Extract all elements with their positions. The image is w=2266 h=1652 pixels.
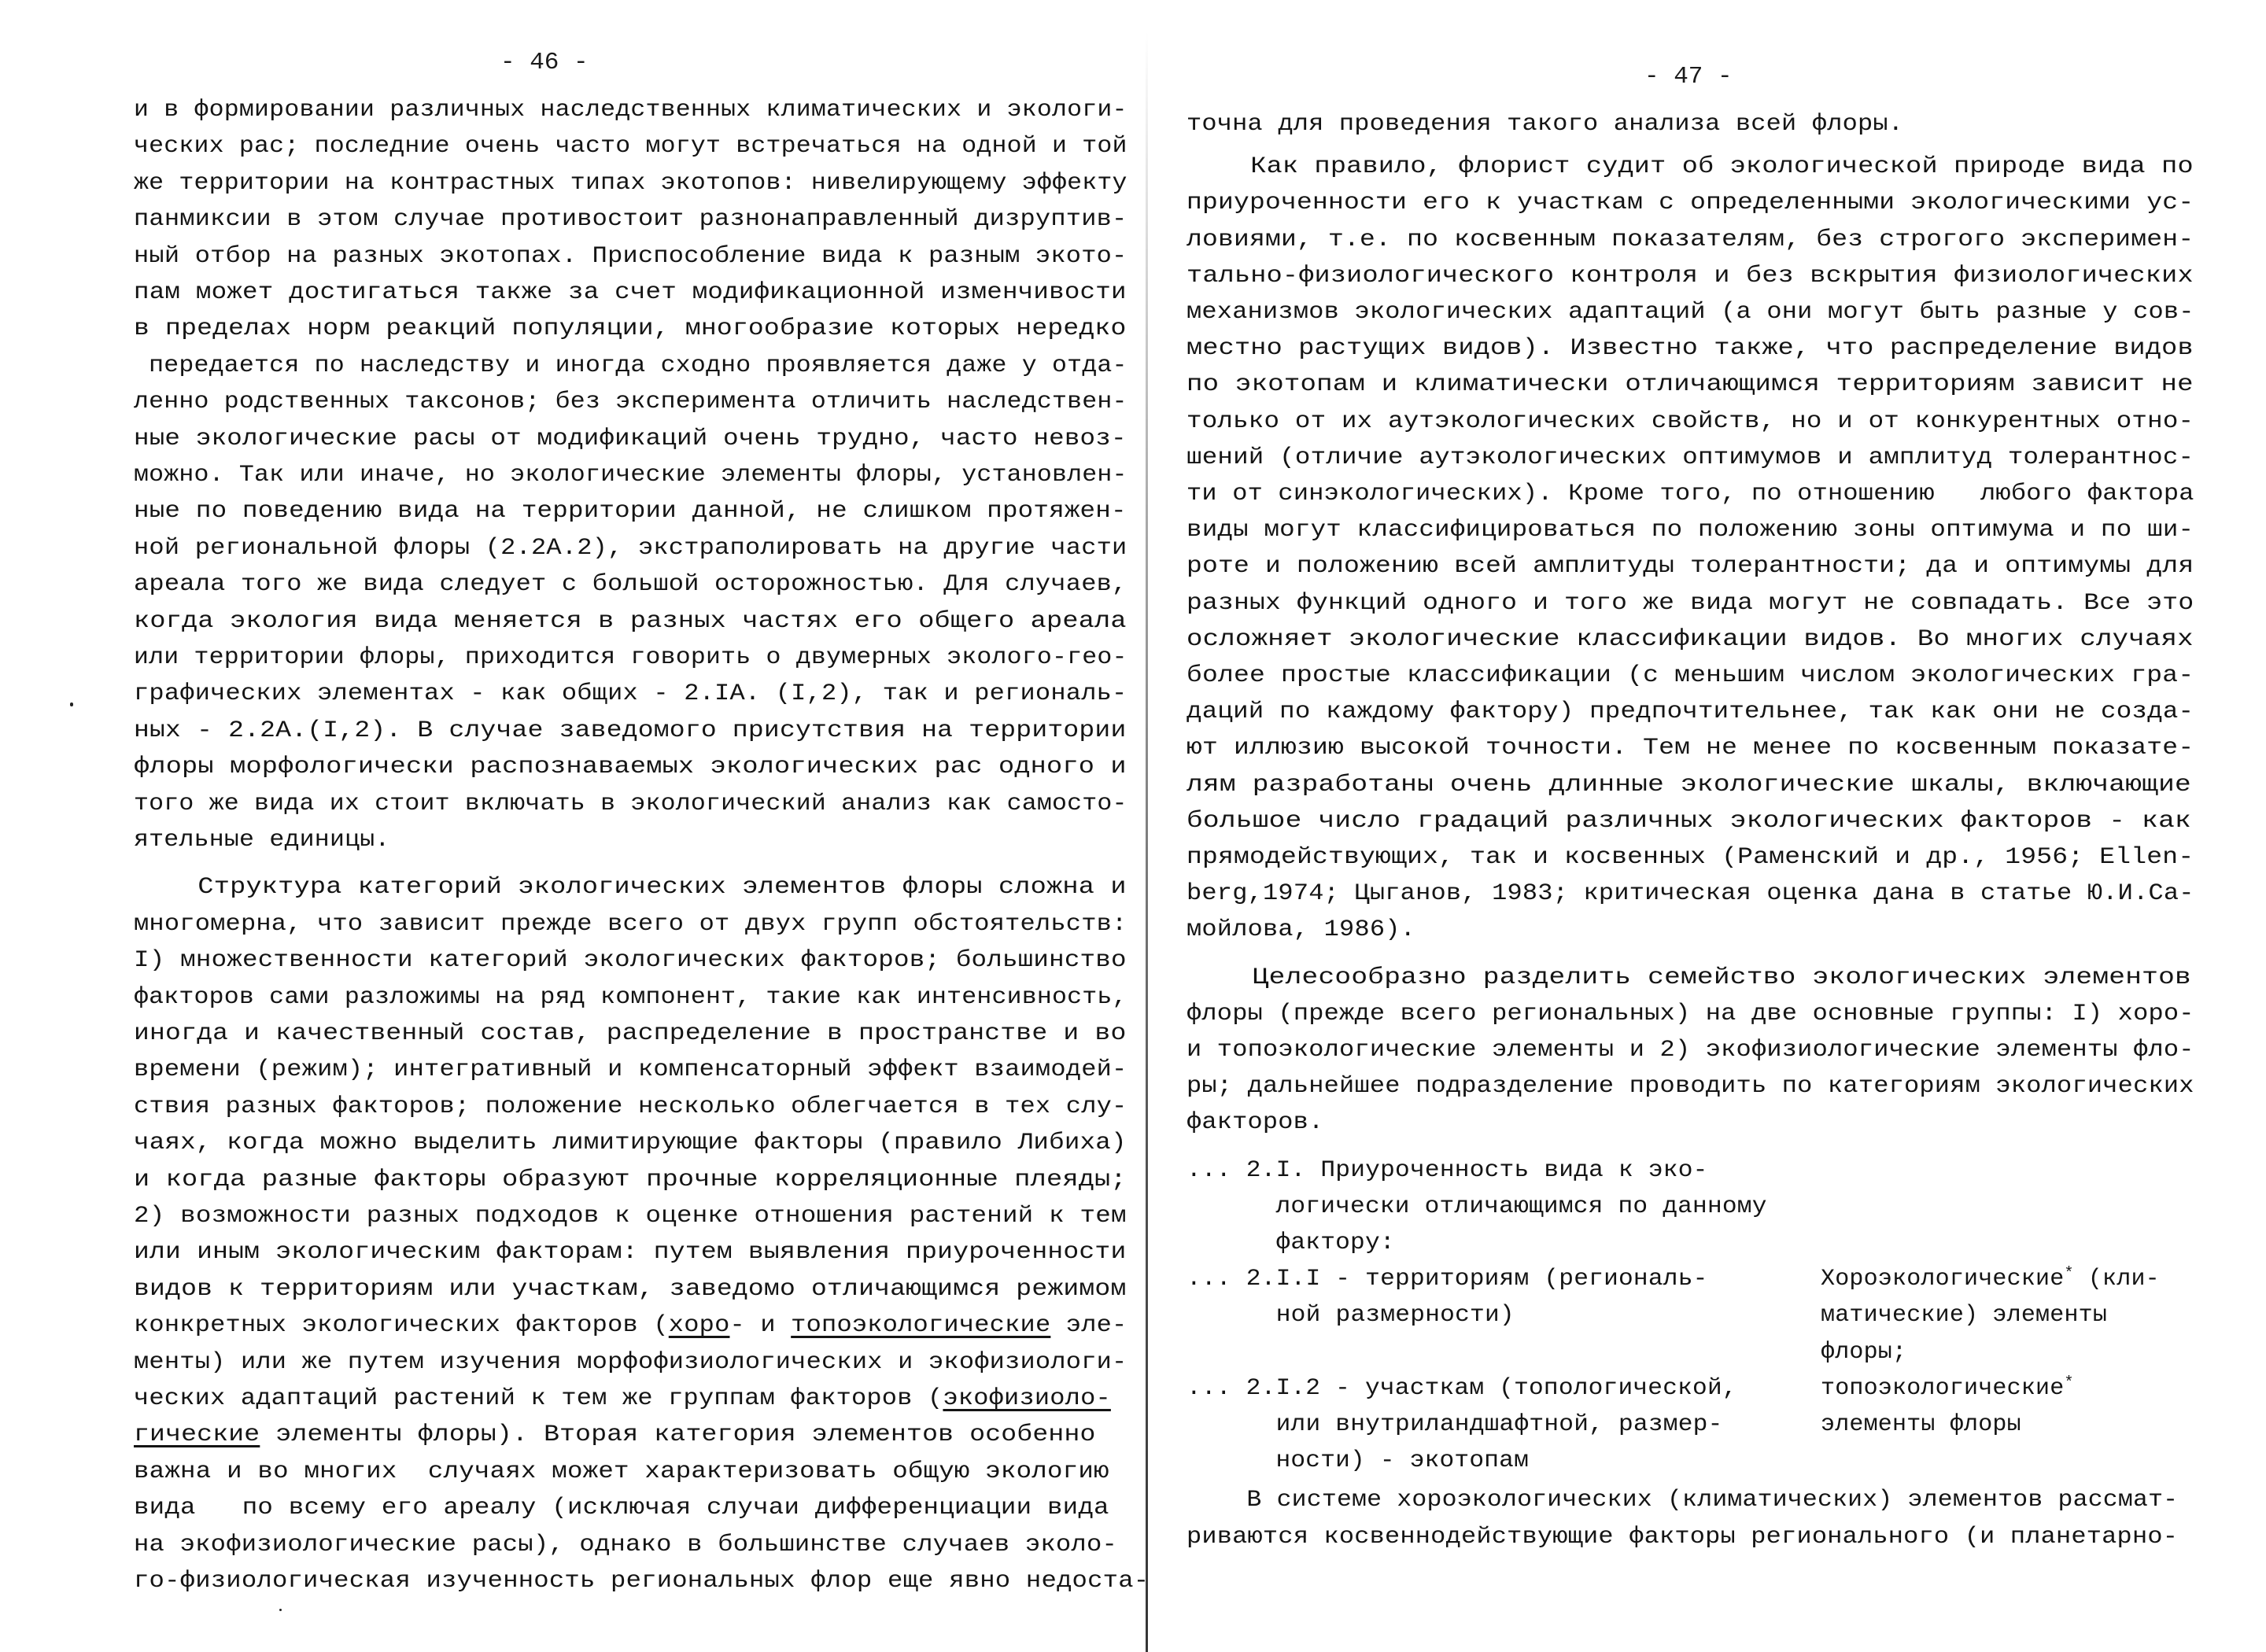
scan-speck (279, 1609, 282, 1611)
text-line: виды могут классифицироваться по положен… (1187, 516, 2194, 544)
text-line: ческих рас; последние очень часто могут … (134, 132, 1127, 160)
text-line: или территории флоры, приходится говорит… (134, 643, 1127, 672)
right-page: - 47 - точна для проведения такого анали… (1150, 0, 2266, 1652)
text-line: пам может достигаться также за счет моди… (134, 278, 1127, 307)
text-line: ловиями, т.е. по косвенным показателям, … (1187, 226, 2194, 254)
text-line: графических элементах - как общих - 2.IА… (134, 680, 1127, 708)
outline-category: матические) элементы (1821, 1301, 2107, 1329)
text-line: Структура категорий экологических элемен… (134, 873, 1127, 902)
text-line: Целесообразно разделить семейство эколог… (1187, 964, 2191, 992)
text-line: важна и во многих случаях может характер… (134, 1458, 1109, 1486)
outline-category: топоэкологические* (1821, 1374, 2074, 1403)
outline-category: Хороэкологические* (кли- (1821, 1265, 2160, 1293)
text-line: мойлова, 1986). (1187, 916, 1415, 944)
text-line: 2) возможности разных подходов к оценке … (134, 1202, 1127, 1230)
text-run: элементы флоры (1821, 1411, 2021, 1438)
text-line: и в формировании различных наследственны… (134, 96, 1127, 124)
text-line: многомерна, что зависит прежде всего от … (134, 910, 1127, 938)
text-line: времени (режим); интегративный и компенс… (134, 1056, 1127, 1084)
text-line: ры; дальнейшее подразделение проводить п… (1187, 1072, 2194, 1101)
text-line: только от их аутэкологических свойств, н… (1187, 407, 2194, 436)
outline-item: или внутриландшафтной, размер- (1187, 1410, 1723, 1439)
text-run: матические) элементы (1821, 1302, 2107, 1329)
text-line: ный отбор на разных экотопах. Приспособл… (134, 242, 1127, 271)
page-gutter-divider (1146, 31, 1148, 1652)
text-line: роте и положению всей амплитуды толерант… (1187, 552, 2194, 581)
text-line: приуроченности его к участкам с определе… (1187, 189, 2194, 217)
text-line: berg,1974; Цыганов, 1983; критическая оц… (1187, 879, 2194, 908)
text-line: иногда и качественный состав, распределе… (134, 1020, 1126, 1048)
text-line: тально-физиологического контроля и без в… (1187, 262, 2194, 290)
outline-item: ной размерности) (1187, 1301, 1515, 1329)
underlined-term: гические (134, 1422, 260, 1448)
text-run: ческих адаптаций растений к тем же групп… (134, 1385, 943, 1412)
text-line: ные по поведению вида на территории данн… (134, 497, 1127, 525)
text-line: даций по каждому фактору) предпочтительн… (1187, 698, 2194, 726)
text-line: передается по наследству и иногда сходно… (134, 352, 1127, 380)
text-line: панмиксии в этом случае противостоит раз… (134, 205, 1127, 234)
scan-speck (70, 702, 73, 706)
text-run: - и (729, 1312, 791, 1339)
underlined-term: хоро (669, 1312, 730, 1339)
text-run: (кли- (2074, 1266, 2160, 1292)
text-line: в пределах норм реакций популяции, много… (134, 315, 1126, 343)
text-line: В системе хороэкологических (климатическ… (1187, 1486, 2178, 1514)
text-line: по экотопам и климатически отличающимся … (1187, 371, 2194, 399)
text-run: флоры; (1821, 1339, 1906, 1366)
footnote-mark: * (2064, 1265, 2073, 1283)
text-line: флоры морфологически распознаваемых экол… (134, 753, 1127, 781)
text-line: риваются косвеннодействующие факторы рег… (1187, 1523, 2178, 1551)
text-line: шений (отличие аутэкологических оптимумо… (1187, 444, 2194, 472)
text-line: менты) или же путем изучения морфофизиол… (134, 1348, 1127, 1377)
text-run: элементы флоры). Вторая категория элемен… (260, 1422, 1095, 1448)
text-line: го-физиологическая изученность региональ… (134, 1567, 1149, 1595)
text-line: же территории на контрастных типах экото… (134, 169, 1127, 197)
outline-item: ... 2.I.I - территориям (региональ- (1187, 1265, 1708, 1293)
scanned-book-spread: - 46 - и в формировании различных наслед… (0, 0, 2266, 1652)
text-line: ти от синэкологических). Кроме того, по … (1187, 480, 2194, 508)
text-line: того же вида их стоит включать в экологи… (134, 790, 1127, 818)
text-line: ные экологические расы от модификаций оч… (134, 425, 1127, 453)
text-line: прямодействующих, так и косвенных (Рамен… (1187, 843, 2194, 872)
text-line: флоры (прежде всего региональных) на две… (1187, 1000, 2194, 1028)
text-line: вида по всему его ареалу (исключая случа… (134, 1494, 1109, 1522)
outline-category: флоры; (1821, 1338, 1906, 1366)
text-line: осложняет экологические классификации ви… (1187, 625, 2194, 654)
underlined-term: топоэкологические (791, 1312, 1050, 1339)
text-line: когда экология вида меняется в разных ча… (134, 607, 1127, 636)
text-line: ной региональной флоры (2.2А.2), экстрап… (134, 534, 1127, 562)
footnote-mark: * (2064, 1374, 2073, 1392)
text-line: на экофизиологические расы), однако в бо… (134, 1531, 1117, 1559)
text-line-with-underline: гические элементы флоры). Вторая категор… (134, 1421, 1096, 1449)
outline-item: фактору: (1187, 1229, 1395, 1257)
text-line: более простые классификации (с меньшим ч… (1187, 662, 2194, 690)
text-run: Хороэкологические (1821, 1266, 2064, 1292)
text-run: конкретных экологических факторов ( (134, 1312, 669, 1339)
text-line: местно растущих видов). Известно также, … (1187, 334, 2194, 363)
text-line-with-underline: ческих адаптаций растений к тем же групп… (134, 1385, 1111, 1413)
page-number: - 46 - (500, 49, 589, 76)
text-line: разных функций одного и того же вида мог… (1187, 589, 2194, 618)
text-line: I) множественности категорий экологическ… (134, 946, 1127, 975)
text-line: чаях, когда можно выделить лимитирующие … (134, 1129, 1127, 1157)
text-line: ных - 2.2А.(I,2). В случае заведомого пр… (134, 717, 1126, 745)
text-line: или иным экологическим факторам: путем в… (134, 1238, 1126, 1267)
text-line: факторов. (1187, 1108, 1323, 1137)
text-line: большое число градаций различных экологи… (1187, 807, 2191, 835)
outline-item: ... 2.I. Приуроченность вида к эко- (1187, 1156, 1708, 1185)
text-run: топоэкологические (1821, 1375, 2064, 1402)
text-line: и топоэкологические элементы и 2) экофиз… (1187, 1036, 2194, 1064)
text-line-with-underline: конкретных экологических факторов (хоро-… (134, 1311, 1127, 1340)
left-page: - 46 - и в формировании различных наслед… (0, 0, 1147, 1652)
text-line: видов к территориям или участкам, заведо… (134, 1275, 1126, 1304)
text-line: точна для проведения такого анализа всей… (1187, 110, 1903, 138)
text-line: факторов сами разложимы на ряд компонент… (134, 983, 1127, 1012)
outline-item: логически отличающимся по данному (1187, 1193, 1767, 1221)
outline-category: элементы флоры (1821, 1410, 2021, 1439)
text-line: ленно родственных таксонов; без эксперим… (134, 388, 1127, 416)
text-line: и когда разные факторы образуют прочные … (134, 1166, 1127, 1194)
text-line: Как правило, флорист судит об экологичес… (1187, 153, 2194, 181)
text-line: ятельные единицы. (134, 826, 390, 854)
text-line: ют иллюзию высокой точности. Тем не мене… (1187, 734, 2194, 762)
text-line: можно. Так или иначе, но экологические э… (134, 461, 1127, 489)
page-number: - 47 - (1644, 63, 1733, 90)
outline-item: ... 2.I.2 - участкам (топологической, (1187, 1374, 1737, 1403)
text-line: механизмов экологических адаптаций (а он… (1187, 298, 2194, 326)
text-line: лям разработаны очень длинные экологичес… (1187, 771, 2191, 799)
text-line: ствия разных факторов; положение несколь… (134, 1093, 1127, 1121)
outline-item: ности) - экотопам (1187, 1447, 1529, 1475)
text-line: ареала того же вида следует с большой ос… (134, 570, 1127, 599)
underlined-term: экофизиоло- (943, 1385, 1110, 1412)
text-run: эле- (1050, 1312, 1127, 1339)
